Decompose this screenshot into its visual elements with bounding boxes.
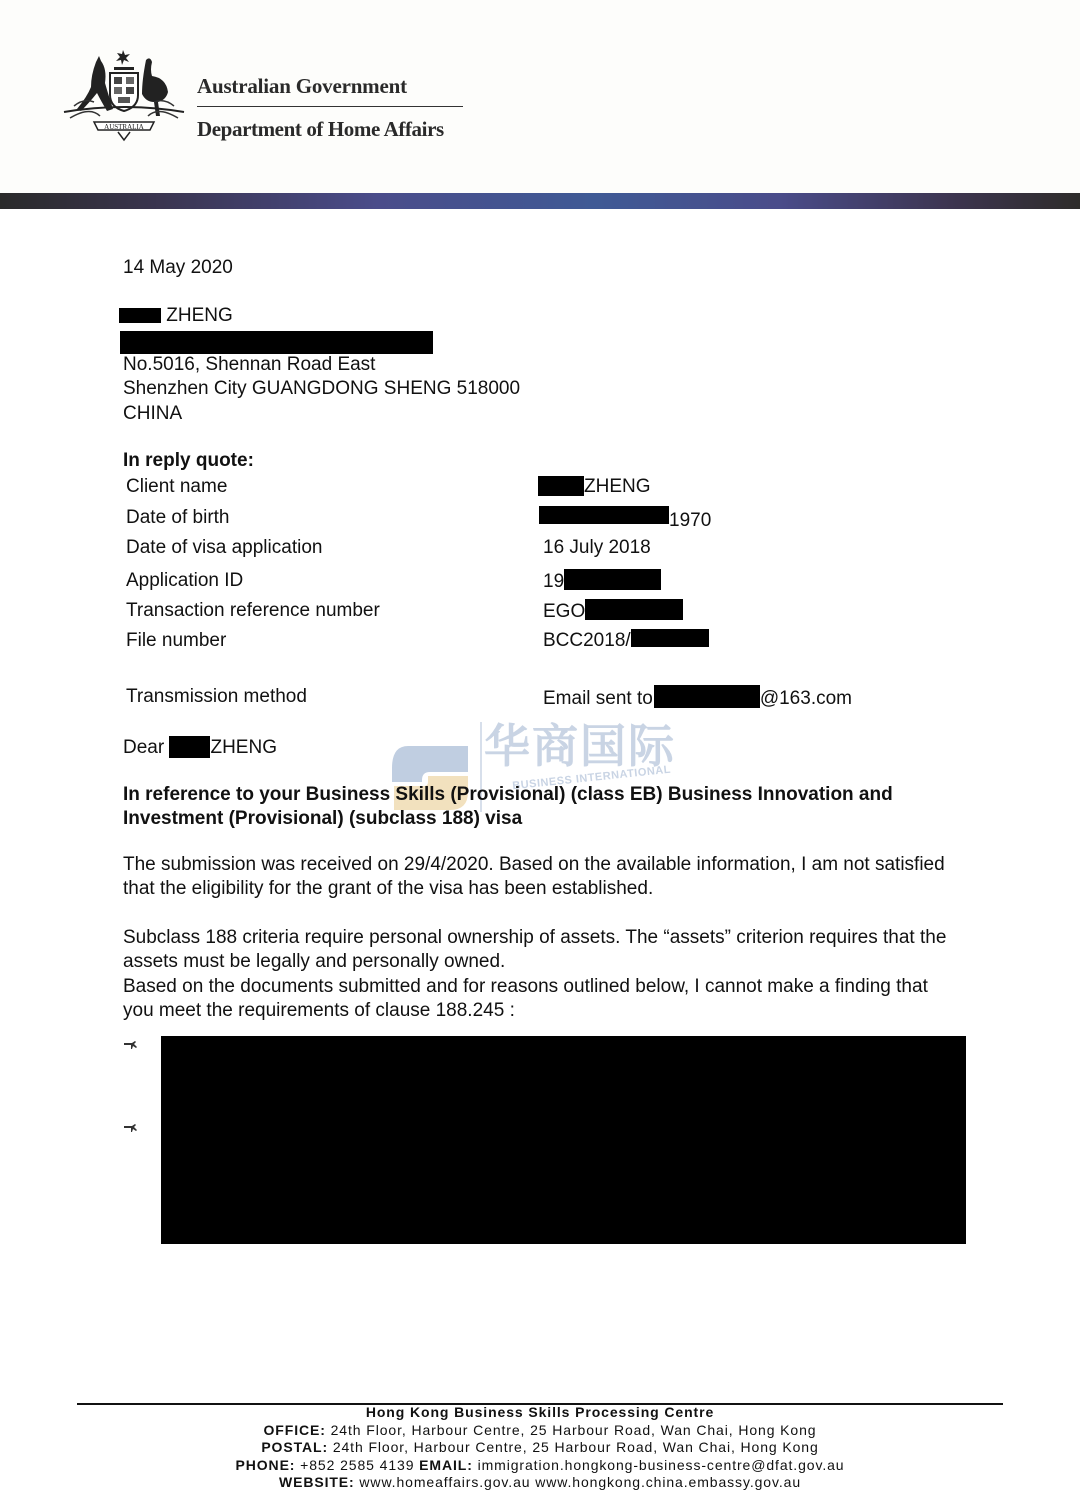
watermark-chinese-text: 华商国际 <box>484 710 676 776</box>
letter-subject: In reference to your Business Skills (Pr… <box>123 783 953 832</box>
address-line-1: No.5016, Shennan Road East <box>123 353 375 377</box>
footer-website: WEBSITE: www.homeaffairs.gov.au www.hong… <box>0 1474 1080 1492</box>
svg-text:AUSTRALIA: AUSTRALIA <box>104 123 144 131</box>
footer-email-link[interactable]: immigration.hongkong-business-centre@dfa… <box>478 1457 845 1473</box>
recipient-surname: ZHENG <box>166 305 233 326</box>
footer-title: Hong Kong Business Skills Processing Cen… <box>0 1404 1080 1422</box>
field-label-application-id: Application ID <box>126 569 243 593</box>
field-value-application-id: 19 <box>543 569 661 594</box>
org-name: Australian Government <box>197 74 407 99</box>
field-value-file-number: BCC2018/ <box>543 629 709 653</box>
field-value-date-of-birth: 1970 <box>539 506 711 533</box>
field-label-date-of-birth: Date of birth <box>126 506 230 530</box>
department-name: Department of Home Affairs <box>197 117 444 142</box>
redaction <box>564 569 661 590</box>
field-value-transmission-method: Email sent to@163.com <box>543 685 852 711</box>
letter-date: 14 May 2020 <box>123 256 233 280</box>
field-label-file-number: File number <box>126 629 226 653</box>
body-paragraph-2: Subclass 188 criteria require personal o… <box>123 926 953 975</box>
field-value-transaction-reference: EGO <box>543 599 683 624</box>
redaction <box>654 685 760 708</box>
body-paragraph-1: The submission was received on 29/4/2020… <box>123 853 953 902</box>
reply-quote-heading: In reply quote: <box>123 449 254 473</box>
header-band <box>0 193 1080 209</box>
footer-office: OFFICE: 24th Floor, Harbour Centre, 25 H… <box>0 1422 1080 1440</box>
redaction <box>539 506 669 524</box>
plane-bullet-icon <box>124 1040 138 1050</box>
field-value-visa-application-date: 16 July 2018 <box>543 536 651 560</box>
redaction <box>585 599 683 620</box>
salutation: Dear ZHENG <box>123 736 277 760</box>
field-label-visa-application-date: Date of visa application <box>126 536 322 560</box>
field-value-client-name: ZHENG <box>538 475 651 499</box>
redacted-reasons-block <box>161 1036 966 1244</box>
body-paragraph-3: Based on the documents submitted and for… <box>123 975 953 1024</box>
redaction <box>631 629 709 647</box>
plane-bullet-icon <box>124 1123 138 1133</box>
field-label-transaction-reference: Transaction reference number <box>126 599 380 623</box>
address-line-2: Shenzhen City GUANGDONG SHENG 518000 <box>123 377 520 401</box>
redaction <box>119 308 161 323</box>
footer-contact: PHONE: +852 2585 4139 EMAIL: immigration… <box>0 1457 1080 1475</box>
address-country: CHINA <box>123 402 182 426</box>
field-label-transmission-method: Transmission method <box>126 685 307 709</box>
recipient-name: ZHENG <box>119 304 233 328</box>
redaction <box>538 476 584 496</box>
coat-of-arms-icon: AUSTRALIA <box>60 48 188 144</box>
field-label-client-name: Client name <box>126 475 227 499</box>
redaction <box>169 736 210 758</box>
redaction <box>120 331 433 354</box>
footer-website-links[interactable]: www.homeaffairs.gov.au www.hongkong.chin… <box>359 1474 801 1490</box>
header-divider <box>197 106 463 107</box>
footer-postal: POSTAL: 24th Floor, Harbour Centre, 25 H… <box>0 1439 1080 1457</box>
